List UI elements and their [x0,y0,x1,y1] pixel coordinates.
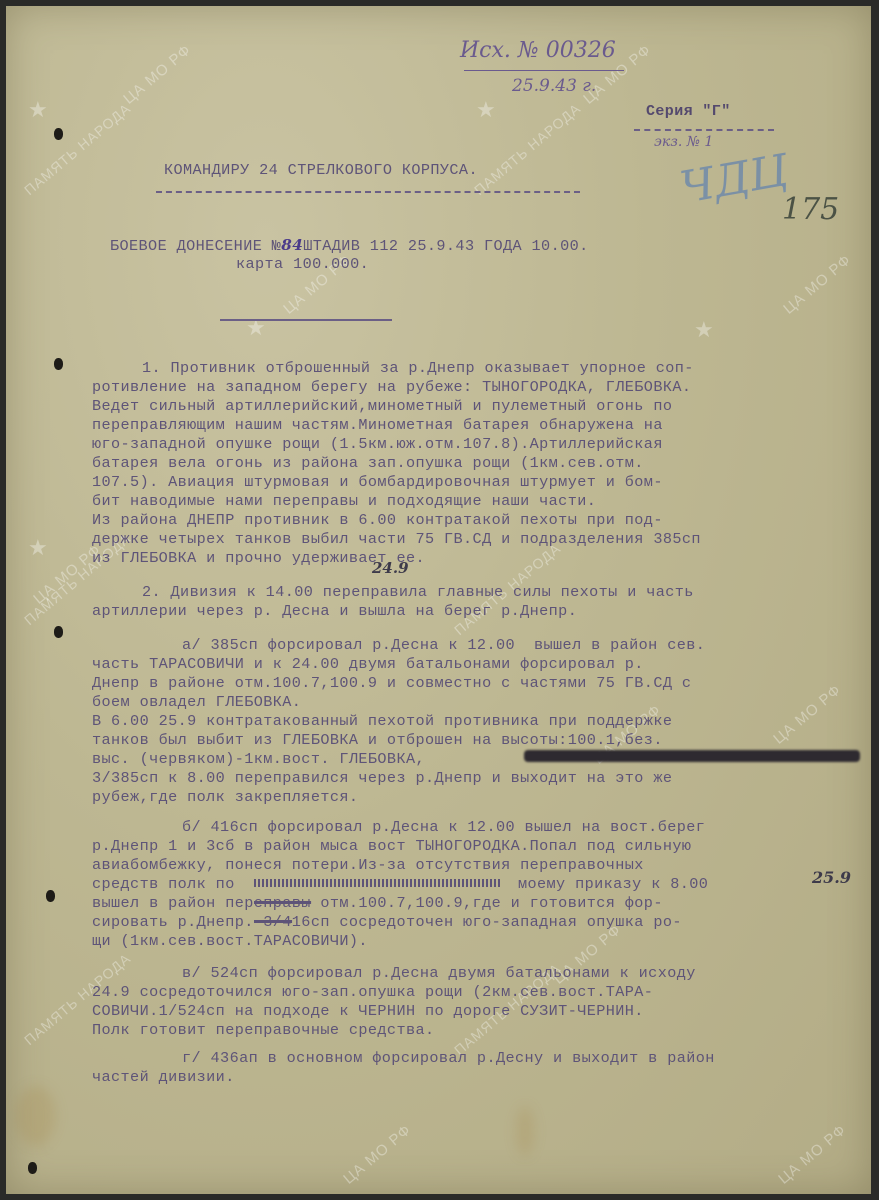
text-line: переправляющим нашим частям.Минометная б… [92,416,663,435]
text-line: Ведет сильный артиллерийский,минометный … [92,397,672,416]
series-label: Серия "Г" [646,102,731,121]
struck-out-text [254,875,502,887]
stain [516,1106,534,1156]
title-rule [220,319,392,321]
text-line: 24.9 сосредоточился юго-зап.опушка рощи … [92,983,653,1002]
map-reference: карта 100.000. [236,255,369,274]
watermark-pamyat: ПАМЯТЬ НАРОДА [472,129,551,198]
text-line: выс. (червяком)-1км.вост. ГЛЕБОВКА, [92,750,425,769]
blue-pencil-signature: ЧДЦ [676,145,791,214]
text-line: вышел в район переправы отм.100.7,100.9,… [92,894,663,913]
redaction-bar [524,750,860,762]
text-line: Из района ДНЕПР противник в 6.00 контрат… [92,511,663,530]
punch-hole [54,128,63,140]
text-line: сировать р.Днепр. 3/416сп сосредоточен ю… [92,913,682,932]
star-icon: ★ [694,318,714,343]
underline [464,70,624,71]
series-rule [634,129,774,131]
copy-number: экз. № 1 [654,134,713,150]
watermark-camo: ЦА МО РФ [780,251,854,317]
watermark-camo: ЦА МО РФ [770,681,844,747]
report-number: 84 [281,236,303,254]
punch-hole [46,890,55,902]
report-title: БОЕВОЕ ДОНЕСЕНИЕ №84ШТАДИВ 112 25.9.43 Г… [110,236,589,256]
text-line: рубеж,где полк закрепляется. [92,788,358,807]
text-line: моему приказу к 8.00 [518,875,708,894]
text-line: б/ 416сп форсировал р.Десна к 12.00 выше… [182,818,705,837]
text-line: в/ 524сп форсировал р.Десна двумя баталь… [182,964,696,983]
document-page: ЦА МО РФ ЦА МО РФ ЦА МО РФ ЦА МО РФ ЦА М… [6,6,871,1194]
star-icon: ★ [28,536,48,561]
text-line: 3/385сп к 8.00 переправился через р.Днеп… [92,769,672,788]
star-icon: ★ [28,98,48,123]
text-line: держке четырех танков выбил части 75 ГВ.… [92,530,701,549]
punch-hole [54,358,63,370]
stain [16,1086,56,1146]
text-line: часть ТАРАСОВИЧИ и к 24.00 двумя батальо… [92,655,644,674]
text-line: авиабомбежку, понеся потери.Из-за отсутс… [92,856,644,875]
addressee: КОМАНДИРУ 24 СТРЕЛКОВОГО КОРПУСА. [164,161,478,180]
watermark-camo: ЦА МО РФ [775,1121,849,1187]
text-line: р.Днепр 1 и 3сб в район мыса вост ТЫНОГО… [92,837,691,856]
page-number: 175 [782,192,839,227]
text-line: средств полк по [92,875,244,894]
text-line: артиллерии через р. Десна и вышла на бер… [92,602,577,621]
insert-25-9: 25.9 [812,868,851,887]
addressee-rule [156,191,580,193]
text-line: батарея вела огонь из района зап.опушка … [92,454,644,473]
punch-hole [54,626,63,638]
watermark-pamyat: ПАМЯТЬ НАРОДА [22,979,101,1048]
report-title-suffix: ШТАДИВ 112 25.9.43 ГОДА 10.00. [303,237,588,255]
watermark-camo: ЦА МО РФ [120,41,194,107]
text-line: частей дивизии. [92,1068,235,1087]
text-line: боем овладел ГЛЕБОВКА. [92,693,301,712]
text-line: г/ 436ап в основном форсировал р.Десну и… [182,1049,715,1068]
text-line: щи (1км.сев.вост.ТАРАСОВИЧИ). [92,932,368,951]
text-line: 2. Дивизия к 14.00 переправила главные с… [142,583,694,602]
text-line: а/ 385сп форсировал р.Десна к 12.00 выше… [182,636,705,655]
report-title-prefix: БОЕВОЕ ДОНЕСЕНИЕ № [110,237,281,255]
handwritten-outgoing-number: Исх. № 00326 [460,38,616,63]
text-line: танков был выбит из ГЛЕБОВКА и отброшен … [92,731,663,750]
text-line: СОВИЧИ.1/524сп на подходе к ЧЕРНИН по до… [92,1002,644,1021]
handwritten-date: 25.9.43 г. [512,76,596,96]
star-icon: ★ [476,98,496,123]
text-line: В 6.00 25.9 контратакованный пехотой про… [92,712,672,731]
text-line: Днепр в районе отм.100.7,100.9 и совмест… [92,674,691,693]
text-line: ротивление на западном берегу на рубеже:… [92,378,691,397]
text-line: 107.5). Авиация штурмовая и бомбардирово… [92,473,663,492]
punch-hole [28,1162,37,1174]
insert-24-9: 24.9 [372,559,409,577]
text-line: Полк готовит переправочные средства. [92,1021,435,1040]
watermark-camo: ЦА МО РФ [340,1121,414,1187]
text-line: юго-западной опушке рощи (1.5км.юж.отм.1… [92,435,663,454]
text-line: бит наводимые нами переправы и подходящи… [92,492,596,511]
text-line: 1. Противник отброшенный за р.Днепр оказ… [142,359,694,378]
